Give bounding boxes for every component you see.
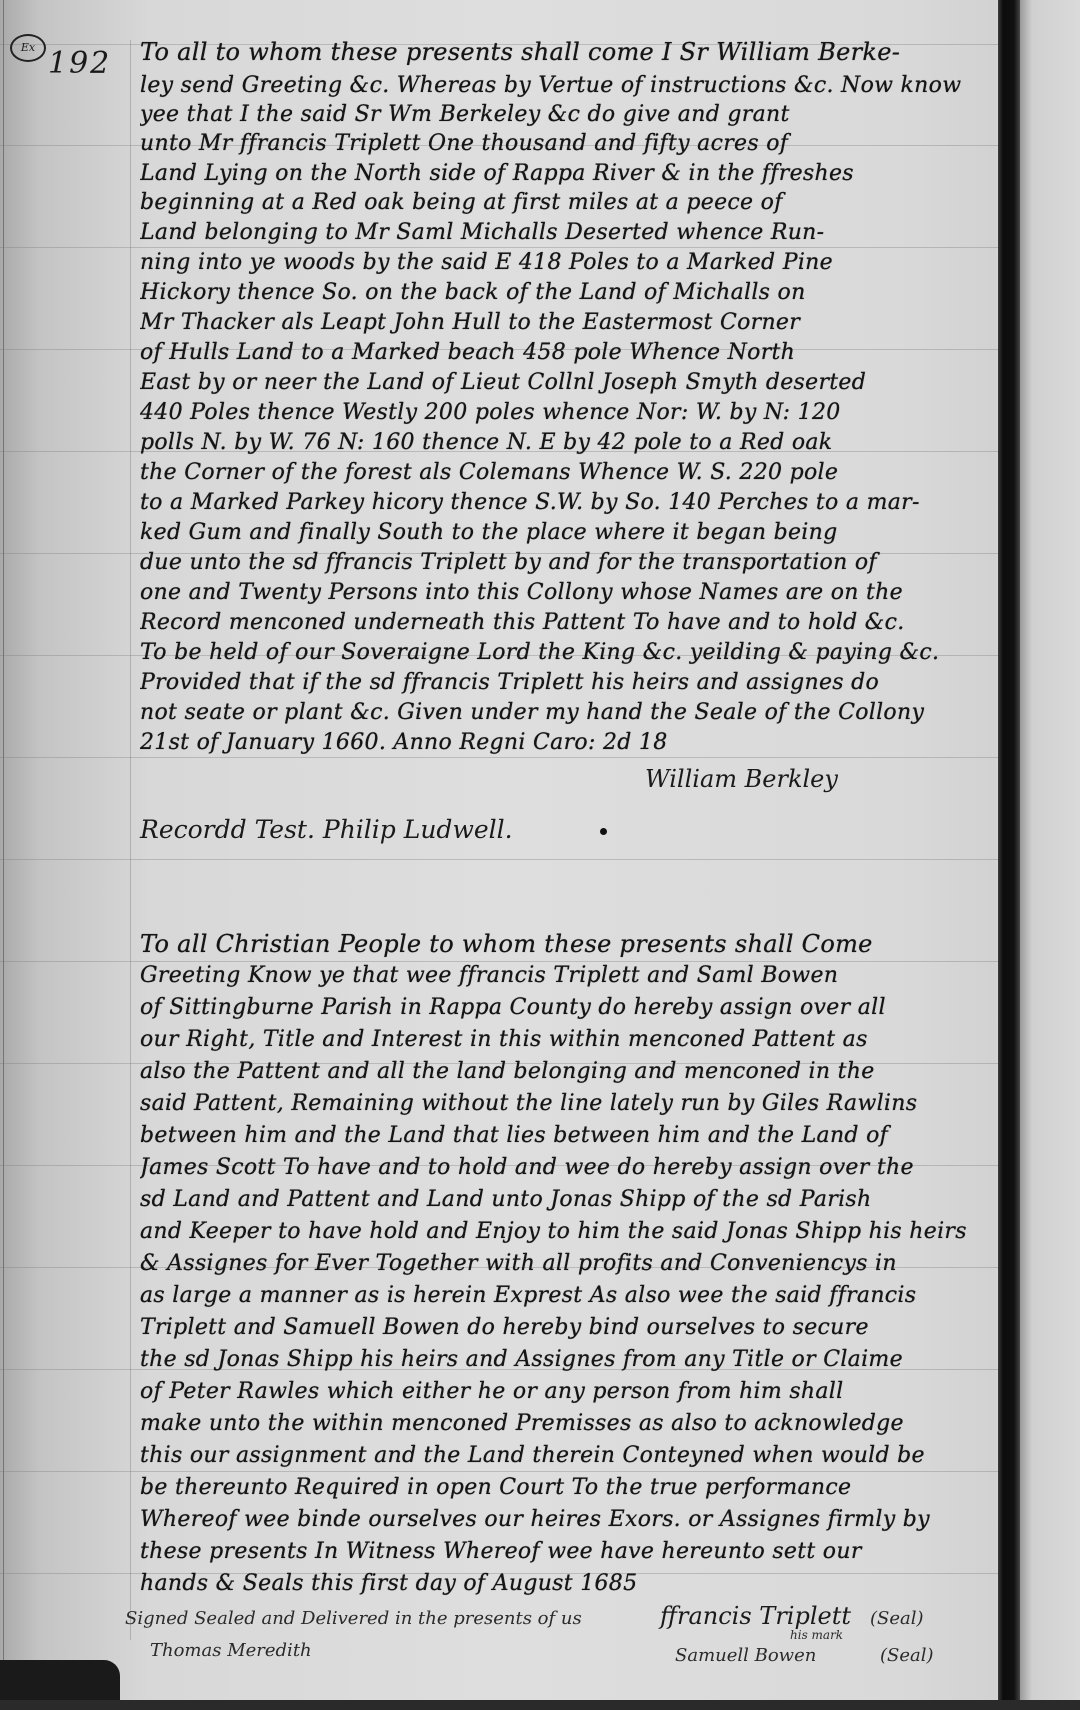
patent-line: ning into ye woods by the said E 418 Pol… [140, 249, 1000, 277]
seal-mark: (Seal) [870, 1608, 924, 1629]
patent-line: unto Mr ffrancis Triplett One thousand a… [140, 130, 1000, 158]
patent-line: due unto the sd ffrancis Triplett by and… [140, 549, 1000, 577]
assignment-line: also the Pattent and all the land belong… [140, 1058, 1000, 1086]
mark-note: his mark [790, 1628, 843, 1642]
patent-line: To be held of our Soveraigne Lord the Ki… [140, 639, 1000, 667]
scan-bottom-edge [0, 1700, 1080, 1710]
patent-line: to a Marked Parkey hicory thence S.W. by… [140, 489, 1000, 517]
facing-page-edge [1020, 0, 1080, 1710]
patent-line: one and Twenty Persons into this Collony… [140, 579, 1000, 607]
patent-line: Land belonging to Mr Saml Michalls Deser… [140, 219, 1000, 247]
assignment-line: our Right, Title and Interest in this wi… [140, 1026, 1000, 1054]
ink-dot [600, 828, 607, 835]
witness-clause: Signed Sealed and Delivered in the prese… [125, 1608, 582, 1629]
assignment-line: make unto the within menconed Premisses … [140, 1410, 1000, 1438]
patent-line: Hickory thence So. on the back of the La… [140, 279, 1000, 307]
patent-line: of Hulls Land to a Marked beach 458 pole… [140, 339, 1000, 367]
manuscript-page: Ex 192 To all to whom these presents sha… [0, 0, 1080, 1710]
patent-line: 440 Poles thence Westly 200 poles whence… [140, 399, 1000, 427]
witness-signature: Thomas Meredith [150, 1640, 312, 1661]
assignment-line: said Pattent, Remaining without the line… [140, 1090, 1000, 1118]
assignment-line: these presents In Witness Whereof wee ha… [140, 1538, 1000, 1566]
folio-mark: Ex [10, 34, 46, 62]
patent-line: ked Gum and finally South to the place w… [140, 519, 1000, 547]
assignment-line: of Peter Rawles which either he or any p… [140, 1378, 1000, 1406]
grantor-signature: ffrancis Triplett [660, 1602, 851, 1630]
assignment-line: as large a manner as is herein Exprest A… [140, 1282, 1000, 1310]
assignment-line: of Sittingburne Parish in Rappa County d… [140, 994, 1000, 1022]
binding-shadow [998, 0, 1022, 1700]
assignment-line: James Scott To have and to hold and wee … [140, 1154, 1000, 1182]
patent-line: not seate or plant &c. Given under my ha… [140, 699, 1000, 727]
page-left-edge [3, 0, 4, 1700]
patent-line: East by or neer the Land of Lieut Collnl… [140, 369, 1000, 397]
patent-line: To all to whom these presents shall come… [140, 38, 1000, 66]
patent-line: ley send Greeting &c. Whereas by Vertue … [140, 72, 1000, 100]
assignment-line: To all Christian People to whom these pr… [140, 930, 1000, 958]
assignment-line: this our assignment and the Land therein… [140, 1442, 1000, 1470]
assignment-line: between him and the Land that lies betwe… [140, 1122, 1000, 1150]
patent-line: Record menconed underneath this Pattent … [140, 609, 1000, 637]
ruled-line [0, 859, 1000, 860]
seal-mark: (Seal) [880, 1645, 934, 1666]
patent-line: Land Lying on the North side of Rappa Ri… [140, 160, 1000, 188]
margin-rule [130, 40, 131, 1640]
assignment-line: the sd Jonas Shipp his heirs and Assigne… [140, 1346, 1000, 1374]
patent-line: polls N. by W. 76 N: 160 thence N. E by … [140, 429, 1000, 457]
assignment-line: be thereunto Required in open Court To t… [140, 1474, 1000, 1502]
assignment-line: & Assignes for Ever Together with all pr… [140, 1250, 1000, 1278]
ruled-line [0, 1471, 1000, 1472]
ruled-line [0, 757, 1000, 758]
assignment-line: Triplett and Samuell Bowen do hereby bin… [140, 1314, 1000, 1342]
assignment-line: hands & Seals this first day of August 1… [140, 1570, 1000, 1598]
recorded-attestation: Recordd Test. Philip Ludwell. [140, 815, 513, 844]
assignment-line: and Keeper to have hold and Enjoy to him… [140, 1218, 1000, 1246]
governor-signature: William Berkley [645, 765, 838, 793]
patent-line: yee that I the said Sr Wm Berkeley &c do… [140, 101, 1000, 129]
page-number: 192 [48, 46, 111, 81]
patent-line: 21st of January 1660. Anno Regni Caro: 2… [140, 729, 1000, 757]
assignment-line: sd Land and Pattent and Land unto Jonas … [140, 1186, 1000, 1214]
patent-line: beginning at a Red oak being at first mi… [140, 189, 1000, 217]
assignment-line: Greeting Know ye that wee ffrancis Tripl… [140, 962, 1000, 990]
patent-line: Provided that if the sd ffrancis Triplet… [140, 669, 1000, 697]
assignment-line: Whereof wee binde ourselves our heires E… [140, 1506, 1000, 1534]
grantor-signature: Samuell Bowen [675, 1645, 816, 1666]
ruled-line [0, 247, 1000, 248]
patent-line: the Corner of the forest als Colemans Wh… [140, 459, 1000, 487]
patent-line: Mr Thacker als Leapt John Hull to the Ea… [140, 309, 1000, 337]
